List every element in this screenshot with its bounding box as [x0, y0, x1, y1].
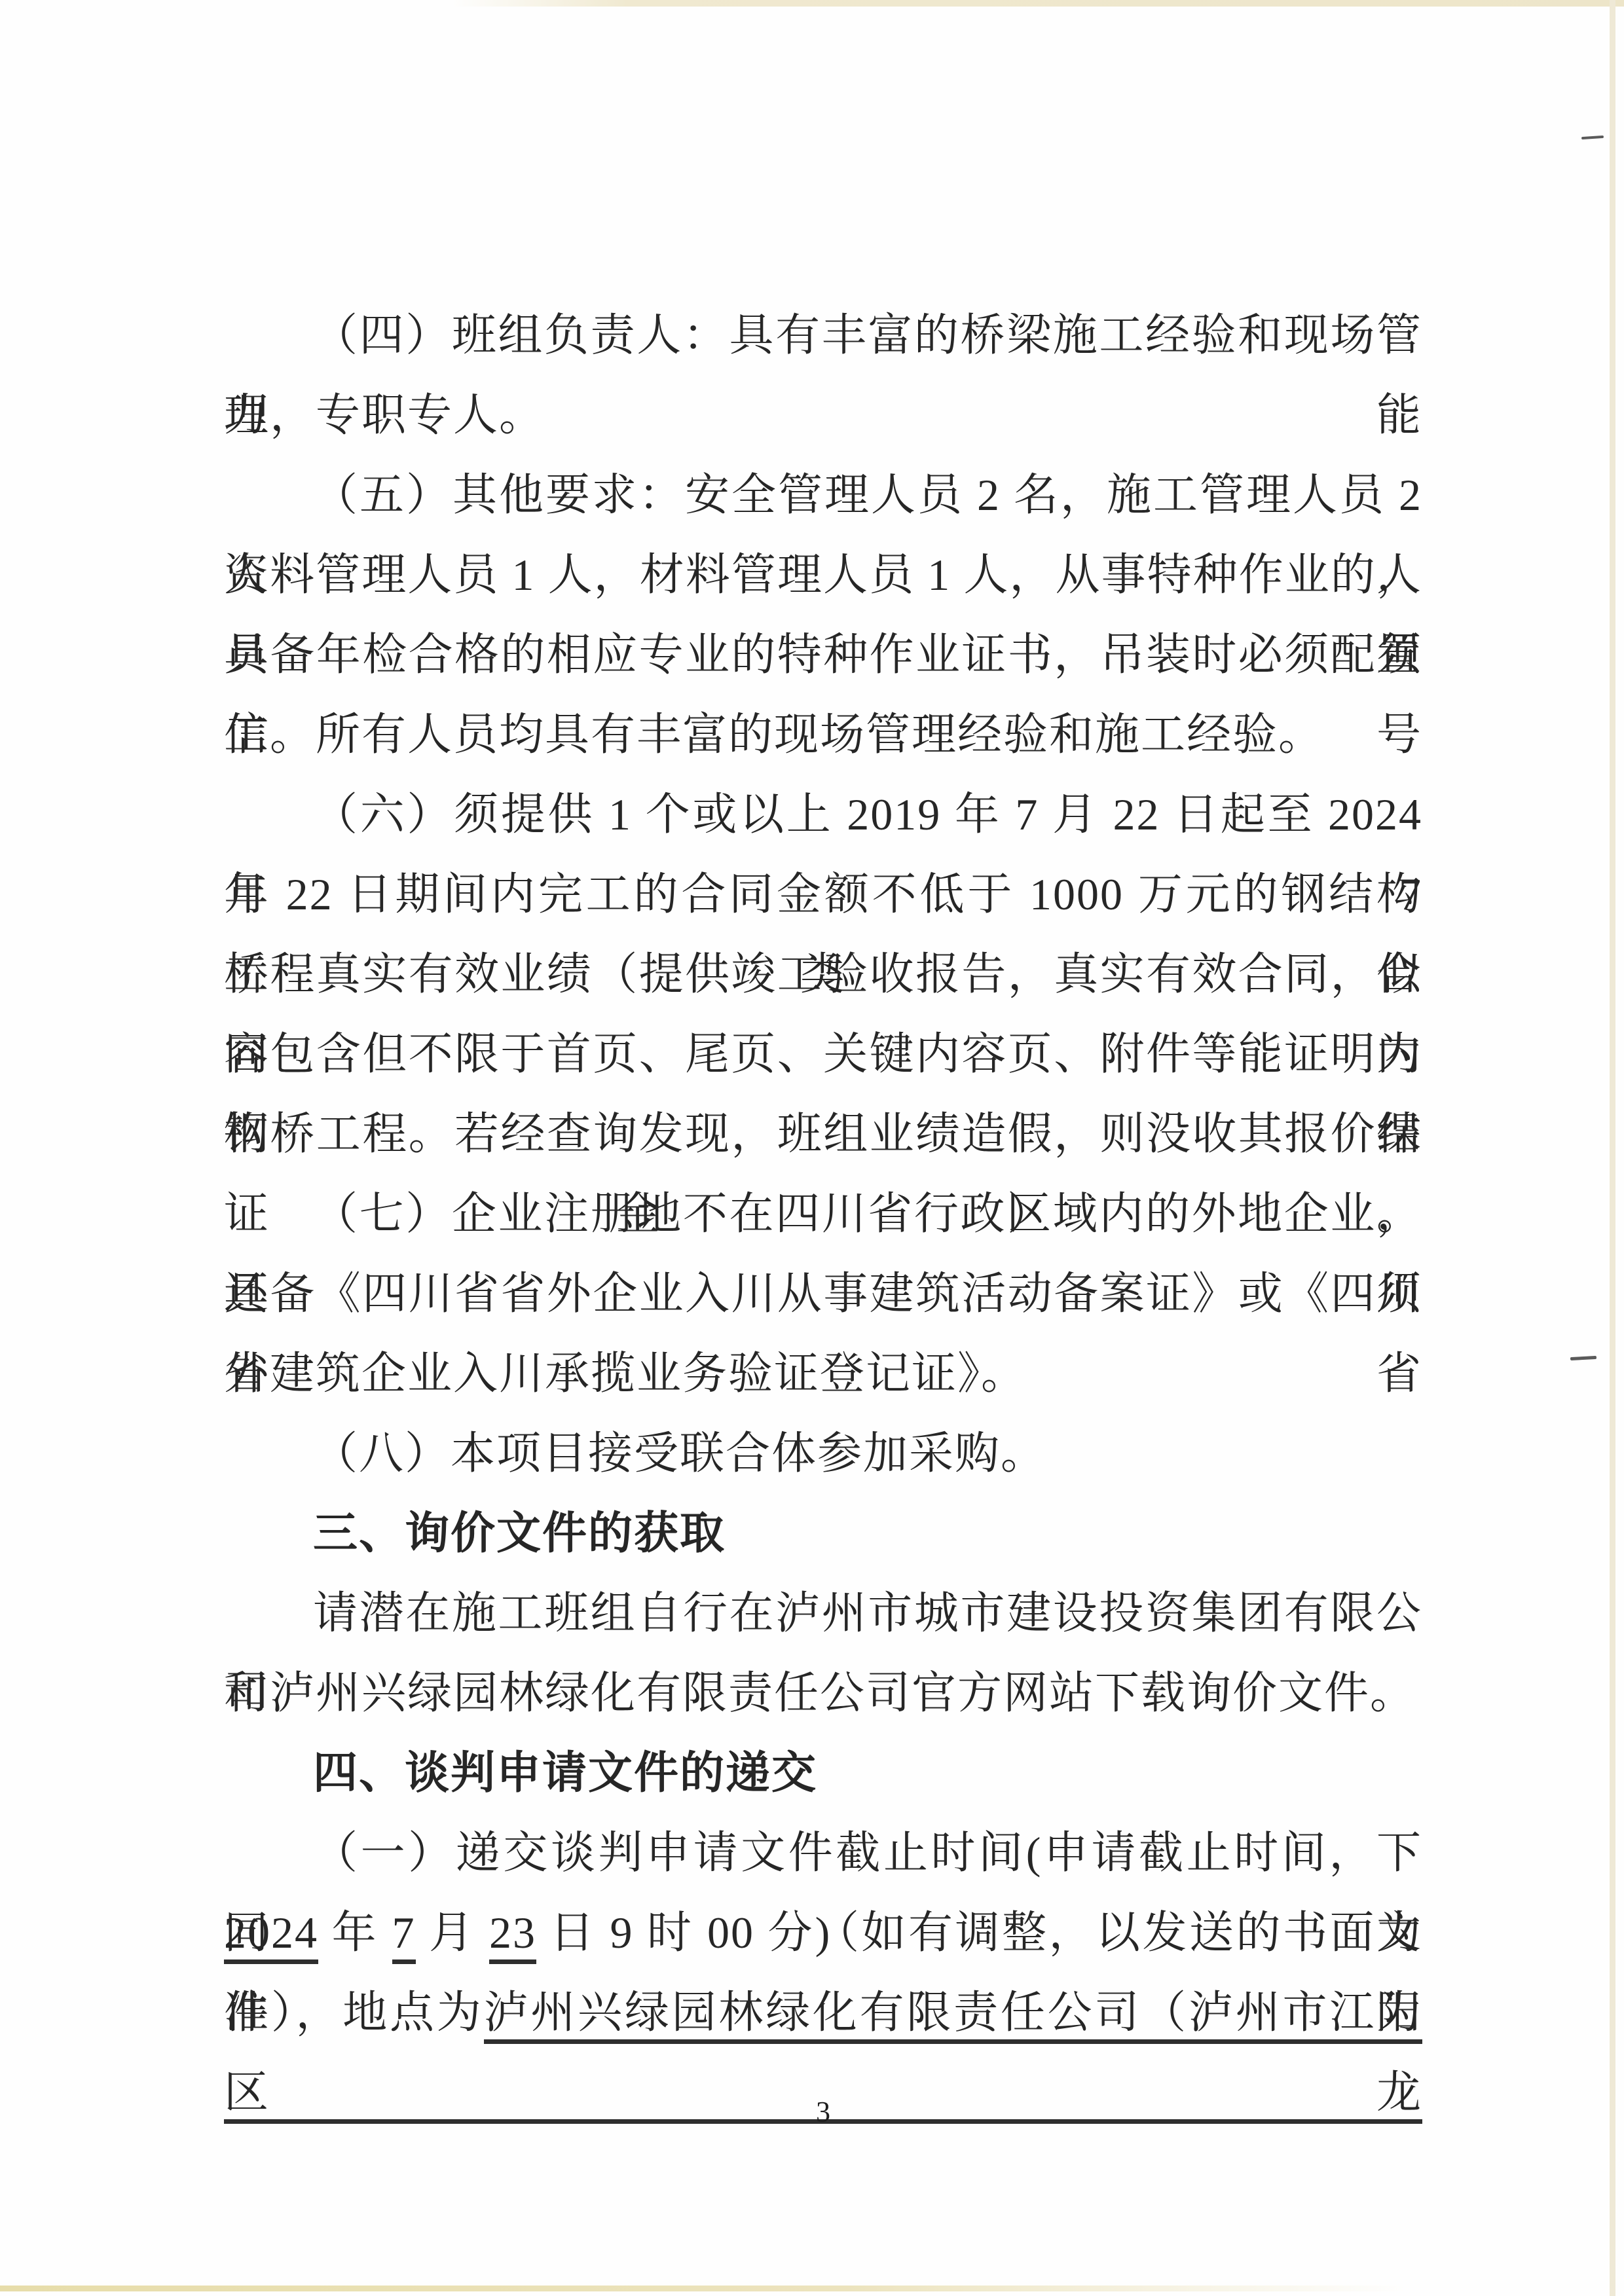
text-run: 准），地点为: [224, 1988, 484, 2037]
page-number: 3: [224, 2092, 1422, 2132]
document-line: 资料管理人员 1 人，材料管理人员 1 人，从事特种作业的人员须: [224, 535, 1422, 615]
text-run: 和泸州兴绿园林绿化有限责任公司官方网站下载询价文件。: [224, 1668, 1416, 1718]
document-line: （八）本项目接受联合体参加采购。: [224, 1413, 1422, 1493]
document-line: 具备《四川省省外企业入川从事建筑活动备案证》或《四川省省: [224, 1254, 1422, 1334]
document-line: 月 22 日期间内完工的合同金额不低于 1000 万元的钢结构桥类似: [224, 854, 1422, 934]
document-line: （五）其他要求：安全管理人员 2 名，施工管理人员 2 人，: [224, 455, 1422, 535]
text-run: 力，专职专人。: [224, 390, 545, 440]
scanned-document-page: （四）班组负责人：具有丰富的桥梁施工经验和现场管理能力，专职专人。（五）其他要求…: [0, 0, 1624, 2296]
text-run: 工。所有人员均具有丰富的现场管理经验和施工经验。: [224, 710, 1324, 759]
text-run: 月: [416, 1908, 490, 1958]
scan-speck: [1570, 1356, 1596, 1360]
document-line: 准），地点为泸州兴绿园林绿化有限责任公司（泸州市江阳区龙: [224, 1973, 1422, 2052]
underlined-text-run: 7: [392, 1908, 416, 1964]
document-line: （六）须提供 1 个或以上 2019 年 7 月 22 日起至 2024 年 7: [224, 774, 1422, 854]
scan-edge-artifact-top: [452, 0, 1624, 7]
text-run: 三、询价文件的获取: [313, 1508, 726, 1558]
section-heading-line: 四、谈判申请文件的递交: [224, 1733, 1422, 1813]
document-line: 具备年检合格的相应专业的特种作业证书，吊装时必须配置信号: [224, 615, 1422, 695]
document-line: 请潜在施工班组自行在泸州市城市建设投资集团有限公司: [224, 1573, 1422, 1653]
scan-speck: [1581, 136, 1604, 139]
document-line: 构桥工程。若经查询发现，班组业绩造假，则没收其报价保证金）。: [224, 1094, 1422, 1174]
document-line: 和泸州兴绿园林绿化有限责任公司官方网站下载询价文件。: [224, 1653, 1422, 1733]
document-line: （四）班组负责人：具有丰富的桥梁施工经验和现场管理能: [224, 295, 1422, 375]
document-line: （七）企业注册地不在四川省行政区域内的外地企业，还须: [224, 1174, 1422, 1254]
underlined-text-run: 23: [489, 1908, 536, 1964]
document-line: （一）递交谈判申请文件截止时间(申请截止时间，下同)为: [224, 1813, 1422, 1893]
document-line: 工程真实有效业绩（提供竣工验收报告，真实有效合同，合同内: [224, 934, 1422, 1014]
text-run: 外建筑企业入川承揽业务验证登记证》。: [224, 1349, 1027, 1398]
text-run: （八）本项目接受联合体参加采购。: [313, 1429, 1046, 1478]
document-text-block: （四）班组负责人：具有丰富的桥梁施工经验和现场管理能力，专职专人。（五）其他要求…: [224, 295, 1422, 2052]
scan-edge-artifact-bottom: [0, 2286, 1408, 2291]
document-line: 工。所有人员均具有丰富的现场管理经验和施工经验。: [224, 695, 1422, 774]
text-run: 年: [318, 1908, 392, 1958]
text-run: 四、谈判申请文件的递交: [313, 1748, 817, 1798]
underlined-text-run: 2024: [224, 1908, 318, 1964]
document-line: 2024 年 7 月 23 日 9 时 00 分（如有调整，以发送的书面文件为: [224, 1893, 1422, 1973]
section-heading-line: 三、询价文件的获取: [224, 1493, 1422, 1573]
scan-edge-artifact-right: [1610, 0, 1615, 2296]
document-line: 容包含但不限于首页、尾页、关键内容页、附件等能证明为钢结: [224, 1014, 1422, 1094]
